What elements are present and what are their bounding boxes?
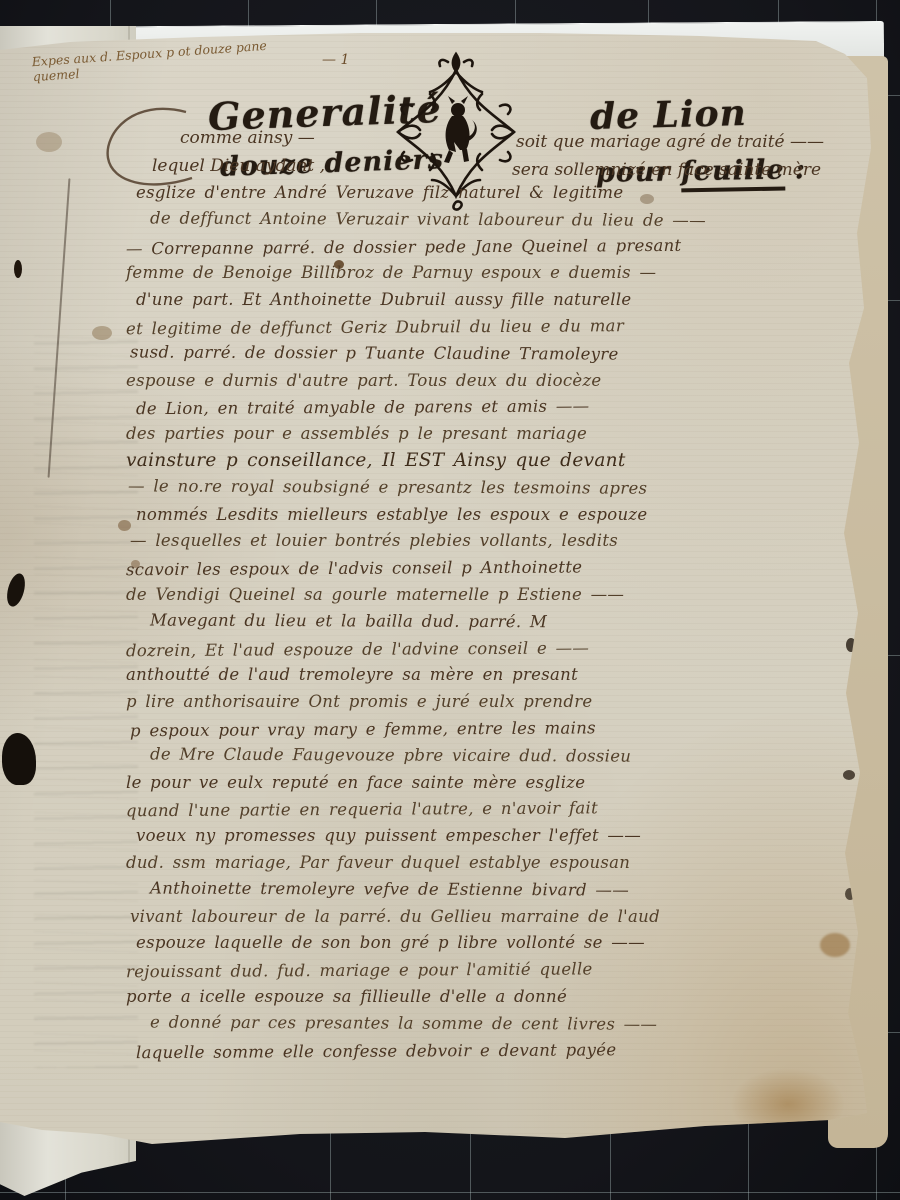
manuscript-line: — Correpanne parré. de dossier pede Jane… bbox=[126, 231, 856, 262]
photo-scene: Expes aux d. Espoux p ot douze pane quem… bbox=[0, 0, 900, 1200]
manuscript-line: vainsture p conseillance, Il EST Ainsy q… bbox=[126, 448, 856, 475]
ink-blob bbox=[14, 260, 22, 278]
page-number-mark: — 1 bbox=[322, 52, 349, 68]
manuscript-line: de deffunct Antoine Veruzair vivant labo… bbox=[126, 205, 856, 235]
manuscript-line: — lesquelles et louier bontrés plebies v… bbox=[126, 528, 856, 555]
hand-line-2-left: lequel Dieu aydant , bbox=[152, 156, 325, 176]
margin-note-line2: quemel bbox=[32, 66, 80, 84]
stain-spot bbox=[36, 132, 62, 152]
manuscript-line: laquelle somme elle confesse debvoir e d… bbox=[126, 1035, 856, 1066]
hand-line-1-right: soit que mariage agré de traité —— bbox=[516, 132, 824, 152]
registrar-margin-note: Expes aux d. Espoux p ot douze pane quem… bbox=[31, 38, 268, 84]
manuscript-line: voeux ny promesses quy puissent empesche… bbox=[126, 823, 856, 850]
manuscript-line: espouse e durnis d'autre part. Tous deux… bbox=[126, 368, 856, 395]
manuscript-line: espouze laquelle de son bon gré p libre … bbox=[126, 930, 856, 957]
manuscript-line: dozrein, Et l'aud espouze de l'advine co… bbox=[126, 633, 856, 664]
manuscript-line: porte a icelle espouze sa fillieulle d'e… bbox=[126, 984, 856, 1011]
ink-blob bbox=[2, 733, 36, 785]
manuscript-line: nommés Lesdits mielleurs establye les es… bbox=[126, 502, 856, 529]
manuscript-line: d'une part. Et Anthoinette Dubruil aussy… bbox=[126, 287, 856, 314]
manuscript-body: esglize d'entre André Veruzave filz natu… bbox=[126, 180, 856, 1064]
margin-note-line1: Expes aux d. Espoux p ot douze pane bbox=[31, 38, 267, 69]
manuscript-line: Mavegant du lieu et la bailla dud. parré… bbox=[126, 607, 856, 637]
manuscript-line: vivant laboureur de la parré. du Gellieu… bbox=[126, 904, 856, 931]
manuscript-line: le pour ve eulx reputé en face sainte mè… bbox=[126, 770, 856, 797]
manuscript-line: scavoir les espoux de l'advis conseil p … bbox=[126, 553, 856, 584]
tile-grout-line bbox=[0, 1192, 900, 1193]
manuscript-page: Expes aux d. Espoux p ot douze pane quem… bbox=[0, 28, 886, 1152]
manuscript-line: quand l'une partie en requeria l'autre, … bbox=[126, 794, 856, 825]
manuscript-line: Anthoinette tremoleyre vefve de Estienne… bbox=[126, 875, 856, 905]
manuscript-line: dud. ssm mariage, Par faveur duquel esta… bbox=[126, 850, 856, 877]
stain-spot bbox=[92, 326, 112, 340]
manuscript-line: rejouissant dud. fud. mariage e pour l'a… bbox=[126, 955, 856, 986]
manuscript-line: susd. parré. de dossier p Tuante Claudin… bbox=[126, 339, 856, 369]
rampant-lion-icon bbox=[444, 96, 477, 163]
manuscript-line: et legitime de deffunct Geriz Dubruil du… bbox=[126, 312, 856, 343]
hand-line-1-left: comme ainsy — bbox=[180, 128, 315, 148]
manuscript-line: anthoutté de l'aud tremoleyre sa mère en… bbox=[126, 662, 856, 689]
manuscript-line: de Vendigi Queinel sa gourle maternelle … bbox=[126, 582, 856, 609]
manuscript-line: des parties pour e assemblés p le presan… bbox=[126, 421, 856, 448]
hand-line-2-right: sera sollemnizé en face sainte mère bbox=[512, 160, 821, 180]
manuscript-line: p lire anthorisauire Ont promis e juré e… bbox=[126, 689, 856, 716]
manuscript-line: esglize d'entre André Veruzave filz natu… bbox=[126, 180, 856, 207]
manuscript-line: p espoux pour vray mary e femme, entre l… bbox=[126, 714, 856, 745]
manuscript-line: — le no.re royal soubsigné e presantz le… bbox=[126, 473, 856, 503]
manuscript-line: de Mre Claude Faugevouze pbre vicaire du… bbox=[126, 741, 856, 771]
manuscript-line: e donné par ces presantes la somme de ce… bbox=[126, 1009, 856, 1039]
manuscript-line: femme de Benoige Billibroz de Parnuy esp… bbox=[126, 260, 856, 287]
manuscript-line: de Lion, en traité amyable de parens et … bbox=[126, 392, 856, 423]
ink-blob bbox=[4, 572, 28, 609]
